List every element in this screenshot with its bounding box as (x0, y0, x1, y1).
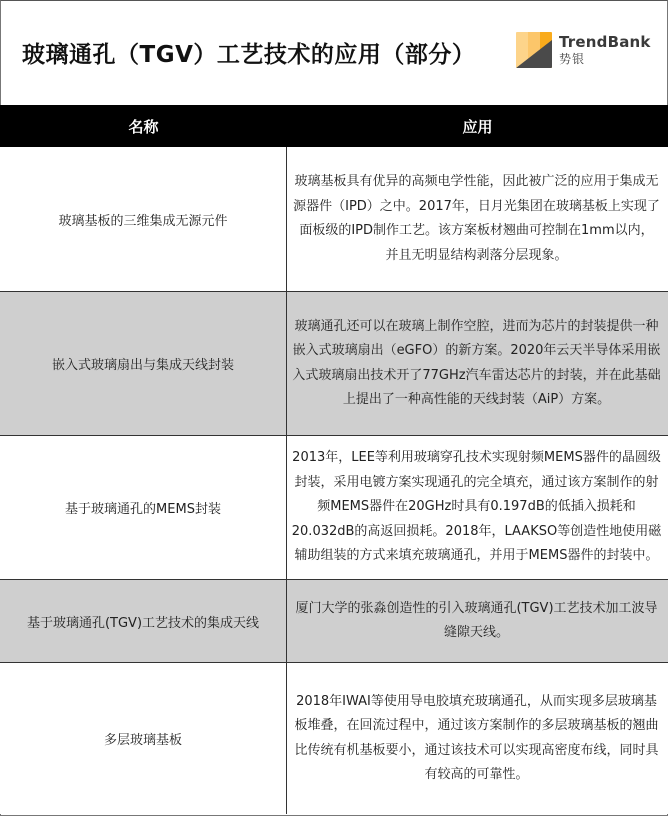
row-name: 基于玻璃通孔的MEMS封装 (0, 436, 287, 579)
row-name: 玻璃基板的三维集成无源元件 (0, 147, 287, 291)
page-title: 玻璃通孔（TGV）工艺技术的应用（部分） (22, 36, 475, 69)
table-row: 多层玻璃基板 2018年IWAI等使用导电胶填充玻璃通孔，从而实现多层玻璃基板堆… (0, 663, 668, 814)
column-header-name: 名称 (0, 105, 287, 147)
logo-name-cn: 势银 (559, 53, 651, 65)
row-application: 玻璃基板具有优异的高频电学性能，因此被广泛的应用于集成无源器件（IPD）之中。2… (287, 147, 668, 291)
table-row: 基于玻璃通孔(TGV)工艺技术的集成天线 厦门大学的张淼创造性的引入玻璃通孔(T… (0, 580, 668, 663)
table-header: 名称 应用 (0, 105, 668, 147)
logo-name-en: TrendBank (559, 35, 651, 50)
row-name: 嵌入式玻璃扇出与集成天线封装 (0, 292, 287, 435)
row-application: 厦门大学的张淼创造性的引入玻璃通孔(TGV)工艺技术加工波导缝隙天线。 (287, 580, 668, 662)
trendbank-logo-icon (516, 32, 552, 68)
row-application: 2018年IWAI等使用导电胶填充玻璃通孔，从而实现多层玻璃基板堆叠，在回流过程… (287, 663, 668, 814)
row-application: 2013年，LEE等利用玻璃穿孔技术实现射频MEMS器件的晶圆级封装，采用电镀方… (287, 436, 668, 579)
row-name: 多层玻璃基板 (0, 663, 287, 814)
column-header-application: 应用 (287, 105, 668, 147)
table-row: 玻璃基板的三维集成无源元件 玻璃基板具有优异的高频电学性能，因此被广泛的应用于集… (0, 147, 668, 292)
page-header: 玻璃通孔（TGV）工艺技术的应用（部分） TrendBank 势银 (0, 0, 668, 105)
table-row: 嵌入式玻璃扇出与集成天线封装 玻璃通孔还可以在玻璃上制作空腔，进而为芯片的封装提… (0, 292, 668, 436)
row-name: 基于玻璃通孔(TGV)工艺技术的集成天线 (0, 580, 287, 662)
table-row: 基于玻璃通孔的MEMS封装 2013年，LEE等利用玻璃穿孔技术实现射频MEMS… (0, 436, 668, 580)
row-application: 玻璃通孔还可以在玻璃上制作空腔，进而为芯片的封装提供一种嵌入式玻璃扇出（eGFO… (287, 292, 668, 435)
trendbank-logo: TrendBank 势银 (516, 31, 651, 69)
tgv-application-table: 名称 应用 玻璃基板的三维集成无源元件 玻璃基板具有优异的高频电学性能，因此被广… (0, 105, 668, 814)
